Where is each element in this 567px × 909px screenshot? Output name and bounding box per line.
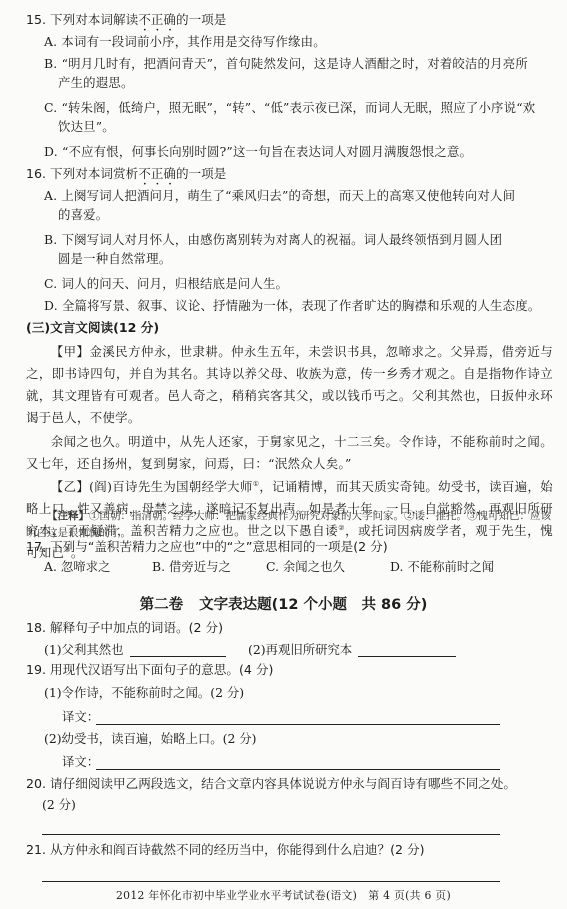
stem-text: 15. 下列对本词解读 — [26, 12, 138, 27]
option-text: B. “明月几时有，把酒问青天”，首句陡然发问，这是诗人酒酣之时，对着皎洁的月亮… — [44, 56, 528, 71]
q20-answer-line[interactable] — [42, 834, 500, 835]
q21-answer-line[interactable] — [42, 881, 500, 882]
question-20-stem: 20. 请仔细阅读甲乙两段选文，结合文章内容具体说说方仲永与阎百诗有哪些不同之处… — [26, 774, 553, 793]
option-continuation: 饮达旦”。 — [44, 117, 553, 136]
q17-choice-c: C. 余闻之也久 — [266, 557, 345, 576]
q16-option-d: D. 全篇将写景、叙事、议论、抒情融为一体，表现了作者旷达的胸襟和乐观的人生态度… — [44, 296, 553, 315]
q15-option-c: C. “转朱阁，低绮户，照无眠”，“转”、“低”表示夜已深，而词人无眠，照应了小… — [44, 98, 553, 136]
option-text: C. “转朱阁，低绮户，照无眠”，“转”、“低”表示夜已深，而词人无眠，照应了小… — [44, 100, 535, 115]
q18-answer-line-1[interactable] — [130, 656, 226, 657]
option-text: C. 词人的问天、问月，归根结底是问人生。 — [44, 276, 288, 291]
q15-option-b: B. “明月几时有，把酒问青天”，首句陡然发问，这是诗人酒酣之时，对着皎洁的月亮… — [44, 54, 553, 92]
q19-item-2: (2)幼受书，读百遍，始略上口。(2 分) — [44, 729, 257, 748]
q18-item-2: (2)再观旧所研究本 — [248, 640, 352, 659]
q17-choice-a: A. 忽啼求之 — [44, 557, 110, 576]
q15-option-d: D. “不应有恨，何事长向别时圆?”这一句旨在表达词人对圆月满腹怨恨之意。 — [44, 142, 553, 161]
question-15-stem: 15. 下列对本词解读不正确的一项是 — [26, 10, 553, 34]
emphasized-text: 不正确 — [138, 12, 176, 27]
passage-jia-paragraph-1: 【甲】金溪民方仲永，世隶耕。仲永生五年，未尝识书具，忽啼求之。父异焉，借旁近与之… — [26, 341, 553, 429]
q18-item-1: (1)父利其然也 — [44, 640, 124, 659]
q17-choice-d: D. 不能称前时之闻 — [390, 557, 494, 576]
q20-score: (2 分) — [42, 795, 76, 814]
section-title: (三)文言文阅读(12 分) — [26, 318, 159, 337]
q16-option-a: A. 上阕写词人把酒问月，萌生了“乘风归去”的奇想，而天上的高寒又使他转向对人间… — [44, 186, 553, 224]
volume-label: 第二卷 — [140, 597, 184, 613]
volume-subtitle: 文字表达题(12 个小题 共 86 分) — [199, 597, 427, 613]
annotation-label: 【注释】 — [47, 510, 89, 522]
option-continuation: 的喜爱。 — [44, 205, 553, 224]
option-text: D. 全篇将写景、叙事、议论、抒情融为一体，表现了作者旷达的胸襟和乐观的人生态度… — [44, 298, 540, 313]
q16-option-b: B. 下阕写词人对月怀人，由感伤离别转为对离人的祝福。词人最终领悟到月圆人团圆是… — [44, 230, 553, 268]
passage-text: 【乙】(阎)百诗先生为国朝经学大师 — [51, 479, 253, 494]
stem-text: 的一项是 — [176, 12, 226, 27]
q16-option-c: C. 词人的问天、问月，归根结底是问人生。 — [44, 274, 553, 293]
q19-answer-line-1[interactable] — [96, 724, 500, 725]
stem-text: 的一项是 — [176, 166, 226, 181]
emphasized-text: 不正确 — [138, 166, 176, 181]
option-text: B. 下阕写词人对月怀人，由感伤离别转为对离人的祝福。词人最终领悟到月圆人团 — [44, 232, 502, 247]
question-19-stem: 19. 用现代汉语写出下面句子的意思。(4 分) — [26, 660, 553, 679]
question-18-stem: 18. 解释句子中加点的词语。(2 分) — [26, 618, 553, 637]
option-text: D. “不应有恨，何事长向别时圆?”这一句旨在表达词人对圆月满腹怨恨之意。 — [44, 144, 472, 159]
page-footer: 2012 年怀化市初中毕业学业水平考试试卷(语文) 第 4 页(共 6 页) — [0, 886, 567, 905]
q18-answer-line-2[interactable] — [358, 656, 456, 657]
option-continuation: 产生的遐思。 — [44, 73, 553, 92]
question-17-stem: 17. 下列与“盖积苦精力之应也”中的“之”意思相同的一项是(2 分) — [26, 537, 553, 556]
option-text: A. 上阕写词人把酒问月，萌生了“乘风归去”的奇想，而天上的高寒又使他转向对人间 — [44, 188, 515, 203]
volume-title: 第二卷文字表达题(12 个小题 共 86 分) — [0, 596, 567, 615]
q19-answer-label-2: 译文： — [62, 752, 99, 771]
option-text: A. 本词有一段词前小序，其作用是交待写作缘由。 — [44, 34, 326, 49]
exam-page: 15. 下列对本词解读不正确的一项是 A. 本词有一段词前小序，其作用是交待写作… — [0, 0, 567, 909]
annotation-text: ①国朝：指清朝。经学大师：把儒家经典作为研究对象的大学问家。②诿：推托。③愧可知… — [26, 510, 551, 539]
q15-option-a: A. 本词有一段词前小序，其作用是交待写作缘由。 — [44, 32, 553, 51]
stem-text: 16. 下列对本词赏析 — [26, 166, 138, 181]
q19-item-1: (1)令作诗，不能称前时之闻。(2 分) — [44, 683, 244, 702]
q19-answer-line-2[interactable] — [96, 769, 500, 770]
question-16-stem: 16. 下列对本词赏析不正确的一项是 — [26, 164, 553, 188]
q19-answer-label-1: 译文： — [62, 707, 99, 726]
question-21-stem: 21. 从方仲永和阎百诗截然不同的经历当中，你能得到什么启迪？(2 分) — [26, 840, 553, 859]
option-continuation: 圆是一种自然常理。 — [44, 249, 553, 268]
passage-jia-paragraph-2: 余闻之也久。明道中，从先人还家，于舅家见之，十二三矣。令作诗，不能称前时之闻。又… — [26, 431, 553, 475]
q17-choice-b: B. 借旁近与之 — [152, 557, 231, 576]
